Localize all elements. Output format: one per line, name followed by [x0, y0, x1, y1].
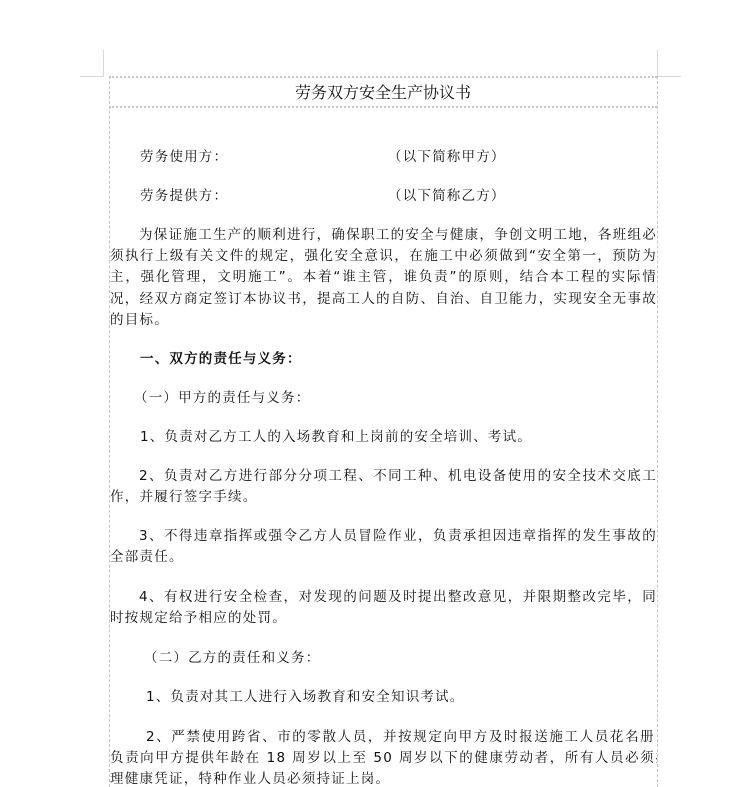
corner-mark-left-vertical [103, 50, 104, 76]
section-heading: 一、双方的责任与义务： [140, 349, 302, 370]
party-a-alias: （以下简称甲方） [388, 147, 506, 168]
party-b-alias: （以下简称乙方） [388, 186, 506, 207]
party-b-label: 劳务提供方： [140, 186, 228, 207]
intro-paragraph: 为保证施工生产的顺利进行，确保职工的安全与健康，争创文明工地，各班组必须执行上级… [110, 225, 657, 331]
party-b-duties-heading: （二）乙方的责任和义务： [144, 648, 320, 669]
party-a-duty-item: 3、不得违章指挥或强令乙方人员冒险作业，负责承担因违章指挥的发生事故的全部责任。 [110, 526, 657, 568]
document-body[interactable]: 劳务使用方： （以下简称甲方） 劳务提供方： （以下简称乙方） 为保证施工生产的… [110, 0, 657, 787]
party-b-duty-item: 1、负责对其工人进行入场教育和安全知识考试。 [146, 687, 465, 708]
text-boundary-right [657, 76, 658, 787]
party-a-duty-item: 2、负责对乙方进行部分分项工程、不同工种、机电设备使用的安全技术交底工作，并履行… [110, 466, 657, 508]
party-a-duty-item: 1、负责对乙方工人的入场教育和上岗前的安全培训、考试。 [140, 427, 532, 448]
party-b-duty-item: 2、严禁使用跨省、市的零散人员，并按规定向甲方及时报送施工人员花名册；负责向甲方… [110, 727, 657, 787]
party-a-duties-heading: （一）甲方的责任与义务： [134, 388, 310, 409]
party-a-duty-item: 4、有权进行安全检查，对发现的问题及时提出整改意见，并限期整改完毕，同时按规定给… [110, 587, 657, 629]
party-a-label: 劳务使用方： [140, 147, 228, 168]
corner-mark-right-vertical [657, 50, 658, 76]
corner-mark-left-horizontal [80, 76, 104, 77]
corner-mark-right-horizontal [657, 76, 681, 77]
